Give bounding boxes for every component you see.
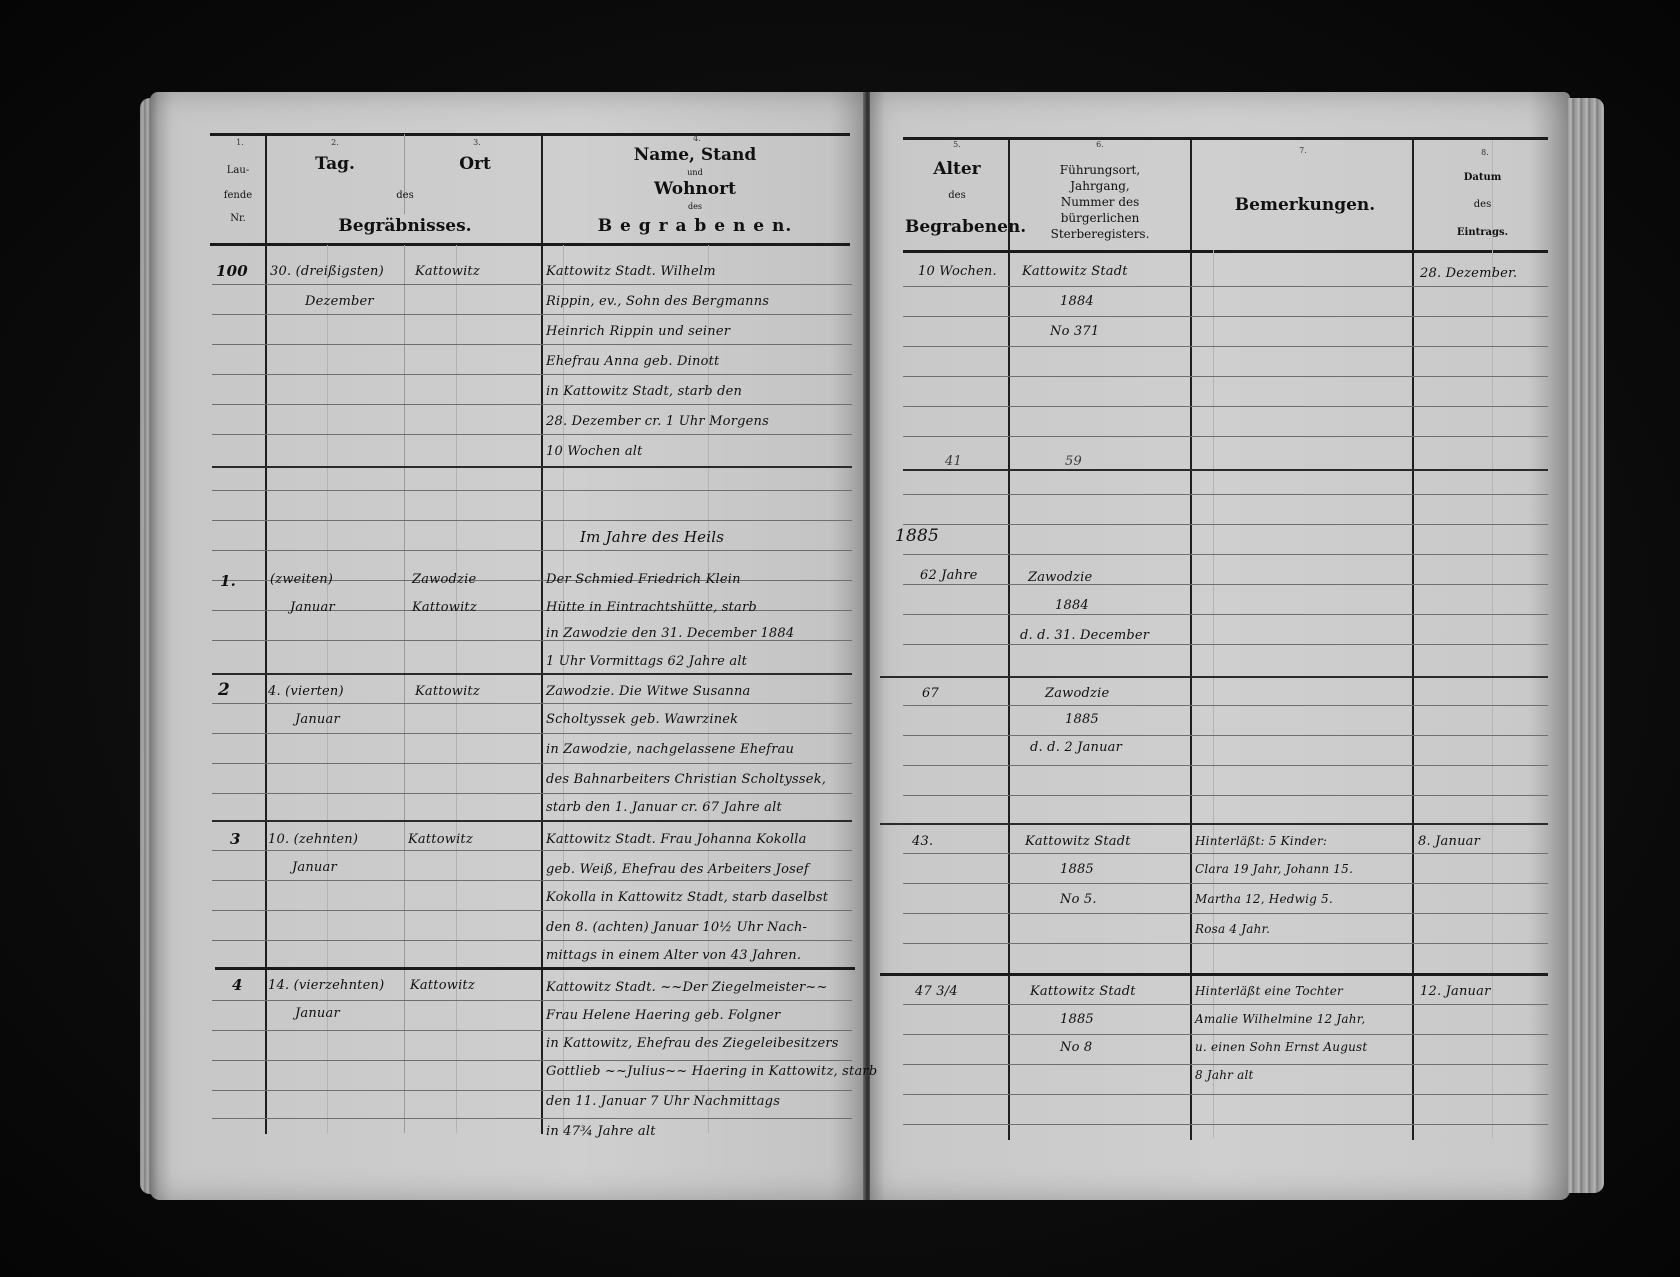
entry-1-ort-line2: Kattowitz [412, 600, 477, 615]
entry-2-alter: 67 [922, 686, 939, 701]
entry-3-name-line2: geb. Weiß, Ehefrau des Arbeiters Josef [546, 862, 809, 877]
entry-4-register-line2: 1885 [1060, 1012, 1094, 1027]
entry-4-nr: 4 [232, 976, 243, 994]
col8-line1: Datum [1425, 172, 1540, 183]
entry-1-alter: 62 Jahre [920, 568, 978, 583]
entry-3-name-line1: Kattowitz Stadt. Frau Johanna Kokolla [546, 832, 807, 847]
col6-line1: Führungsort, [1020, 164, 1180, 177]
entry-4-name-line4: Gottlieb ~~Julius~~ Haering in Kattowitz… [546, 1064, 877, 1079]
entry-100-datum: 28. Dezember. [1420, 266, 1517, 281]
entry-4-name-line6: in 47¾ Jahre alt [546, 1124, 656, 1139]
col6-line3: Nummer des [1020, 196, 1180, 209]
entry-3-register-line1: Kattowitz Stadt [1025, 834, 1131, 849]
entry-3-name-line4: den 8. (achten) Januar 10½ Uhr Nach- [546, 920, 807, 935]
entry-1-nr: 1. [220, 572, 236, 590]
entry-2-name-line1: Zawodzie. Die Witwe Susanna [546, 684, 751, 699]
entry-100-register-line2: 1884 [1060, 294, 1094, 309]
entry-3-name-line5: mittags in einem Alter von 43 Jahren. [546, 948, 801, 963]
entry-4-name-line3: in Kattowitz, Ehefrau des Ziegeleibesitz… [546, 1036, 839, 1051]
col5-line2: Begrabenen. [905, 218, 1010, 237]
col2-title: Tag. [300, 155, 370, 174]
entry-2-name-line5: starb den 1. Januar cr. 67 Jahre alt [546, 800, 782, 815]
col8-line3: Eintrags. [1425, 227, 1540, 238]
entry-3-tag-month: Januar [292, 860, 337, 875]
entry-2-name-line2: Scholtyssek geb. Wawrzinek [546, 712, 738, 727]
entry-2-name-line4: des Bahnarbeiters Christian Scholtyssek, [546, 772, 826, 787]
entry-100-name-line5: in Kattowitz Stadt, starb den [546, 384, 742, 399]
entry-3-remarks-line1: Hinterläßt: 5 Kinder: [1195, 834, 1327, 848]
col4-line2: Wohnort [590, 180, 800, 199]
entry-4-name-line2: Frau Helene Haering geb. Folgner [546, 1008, 780, 1023]
entry-3-remarks-line2: Clara 19 Jahr, Johann 15. [1195, 862, 1353, 876]
col4-des: des [590, 203, 800, 212]
entry-1-register-line2: 1884 [1055, 598, 1089, 613]
col7-number: 7. [1288, 146, 1318, 155]
entry-3-nr: 3 [230, 830, 241, 848]
col1-line3: Nr. [213, 213, 263, 224]
entry-1-name-line2: Hütte in Eintrachtshütte, starb [546, 600, 757, 615]
total-alter-col: 41 [945, 454, 962, 469]
entry-3-remarks-line3: Martha 12, Hedwig 5. [1195, 892, 1333, 906]
col6-number: 6. [1085, 140, 1115, 149]
entry-1-tag-day: (zweiten) [270, 572, 333, 587]
entry-4-datum: 12. Januar [1420, 984, 1490, 999]
year-heading: Im Jahre des Heils [580, 528, 724, 546]
entry-100-name-line4: Ehefrau Anna geb. Dinott [546, 354, 719, 369]
entry-1-register-line3: d. d. 31. December [1020, 628, 1149, 643]
entry-2-tag-month: Januar [295, 712, 340, 727]
col3-title: Ort [440, 155, 510, 174]
col4-line1: Name, Stand [590, 146, 800, 165]
entry-2-register-line3: d. d. 2 Januar [1030, 740, 1122, 755]
col4-und: und [590, 169, 800, 178]
entry-100-name-line6: 28. Dezember cr. 1 Uhr Morgens [546, 414, 769, 429]
entry-100-name-line2: Rippin, ev., Sohn des Bergmanns [546, 294, 769, 309]
entry-100-nr: 100 [216, 262, 248, 280]
right-page-edges [1568, 98, 1604, 1193]
col5-number: 5. [942, 140, 972, 149]
col8-number: 8. [1470, 148, 1500, 157]
entry-2-ort: Kattowitz [415, 684, 480, 699]
entry-3-register-line2: 1885 [1060, 862, 1094, 877]
entry-3-datum: 8. Januar [1418, 834, 1480, 849]
entry-4-register-line3: No 8 [1060, 1040, 1092, 1055]
col23-des: des [380, 190, 430, 201]
entry-100-tag-month: Dezember [305, 294, 374, 309]
year-1885-mark: 1885 [895, 526, 939, 546]
entry-4-remarks-line2: Amalie Wilhelmine 12 Jahr, [1195, 1012, 1365, 1026]
entry-2-name-line3: in Zawodzie, nachgelassene Ehefrau [546, 742, 794, 757]
entry-4-ort: Kattowitz [410, 978, 475, 993]
col23-bottom-title: Begräbnisses. [330, 217, 480, 236]
entry-100-name-line7: 10 Wochen alt [546, 444, 643, 459]
entry-4-tag-day: 14. (vierzehnten) [268, 978, 384, 993]
entry-1-register-line1: Zawodzie [1028, 570, 1092, 585]
col7-title: Bemerkungen. [1220, 196, 1390, 215]
entry-2-register-line2: 1885 [1065, 712, 1099, 727]
entry-3-register-line3: No 5. [1060, 892, 1097, 907]
col1-line2: fende [213, 190, 263, 201]
col1-number: 1. [225, 138, 255, 147]
entry-3-name-line3: Kokolla in Kattowitz Stadt, starb daselb… [546, 890, 828, 905]
entry-1-name-line1: Der Schmied Friedrich Klein [546, 572, 741, 587]
entry-3-tag-day: 10. (zehnten) [268, 832, 358, 847]
entry-2-register-line1: Zawodzie [1045, 686, 1109, 701]
entry-3-alter: 43. [912, 834, 933, 849]
col1-line1: Lau- [213, 165, 263, 176]
col6-line5: Sterberegisters. [1020, 228, 1180, 241]
col2-number: 2. [320, 138, 350, 147]
entry-4-alter: 47 3/4 [915, 984, 958, 999]
left-page [150, 92, 865, 1200]
col5-line1: Alter [912, 160, 1002, 179]
entry-3-ort: Kattowitz [408, 832, 473, 847]
entry-4-remarks-line4: 8 Jahr alt [1195, 1068, 1254, 1082]
entry-4-remarks-line3: u. einen Sohn Ernst August [1195, 1040, 1367, 1054]
col6-line4: bürgerlichen [1020, 212, 1180, 225]
entry-100-tag-day: 30. (dreißigsten) [270, 264, 384, 279]
col4-number: 4. [682, 134, 712, 143]
entry-4-tag-month: Januar [295, 1006, 340, 1021]
entry-1-tag-month: Januar [290, 600, 335, 615]
entry-100-alter: 10 Wochen. [918, 264, 997, 279]
entry-100-ort: Kattowitz [415, 264, 480, 279]
entry-100-name-line3: Heinrich Rippin und seiner [546, 324, 730, 339]
entry-2-tag-day: 4. (vierten) [268, 684, 344, 699]
entry-4-remarks-line1: Hinterläßt eine Tochter [1195, 984, 1343, 998]
col8-line2: des [1425, 199, 1540, 210]
col3-number: 3. [462, 138, 492, 147]
entry-4-name-line5: den 11. Januar 7 Uhr Nachmittags [546, 1094, 780, 1109]
col4-line3: B e g r a b e n e n. [590, 217, 800, 236]
entry-4-register-line1: Kattowitz Stadt [1030, 984, 1136, 999]
entry-100-register-line1: Kattowitz Stadt [1022, 264, 1128, 279]
col6-line2: Jahrgang, [1020, 180, 1180, 193]
entry-100-register-line3: No 371 [1050, 324, 1099, 339]
entry-100-name-line1: Kattowitz Stadt. Wilhelm [546, 264, 716, 279]
entry-1-ort-line1: Zawodzie [412, 572, 476, 587]
entry-3-remarks-line4: Rosa 4 Jahr. [1195, 922, 1270, 936]
col5-des: des [912, 190, 1002, 201]
entry-4-name-line1: Kattowitz Stadt. ~~Der Ziegelmeister~~ [546, 980, 828, 995]
entry-2-nr: 2 [218, 680, 230, 700]
entry-1-name-line3: in Zawodzie den 31. December 1884 [546, 626, 794, 641]
total-register-col: 59 [1065, 454, 1082, 469]
entry-1-name-line4: 1 Uhr Vormittags 62 Jahre alt [546, 654, 747, 669]
